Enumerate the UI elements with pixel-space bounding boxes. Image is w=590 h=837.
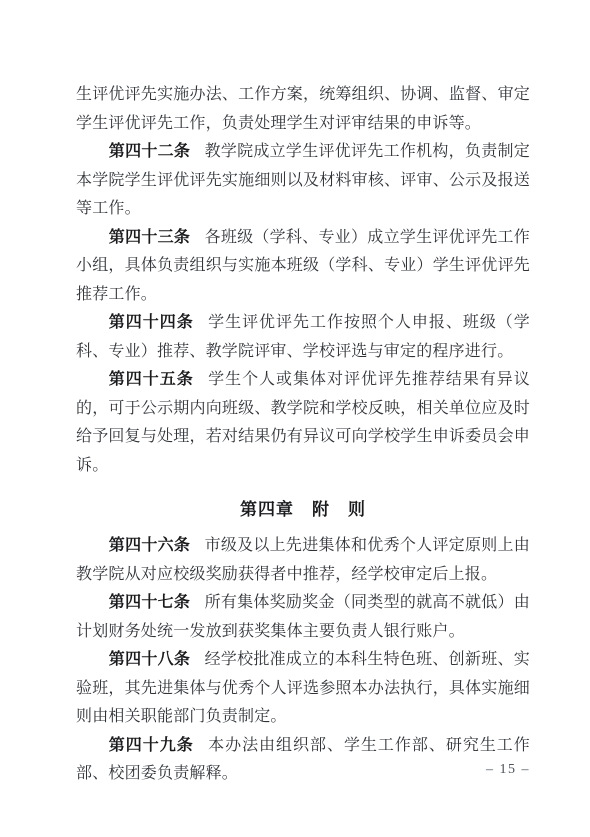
paragraph-article-45: 第四十五条学生个人或集体对评优评先推荐结果有异议的，可于公示期内向班级、教学院和… xyxy=(76,366,530,480)
document-body: 生评优评先实施办法、工作方案，统筹组织、协调、监督、审定学生评优评先工作，负责处… xyxy=(76,81,530,789)
article-number: 第四十六条 xyxy=(109,537,190,554)
article-number: 第四十五条 xyxy=(109,371,194,388)
article-number: 第四十三条 xyxy=(109,229,190,246)
paragraph-article-46: 第四十六条市级及以上先进集体和优秀个人评定原则上由教学院从对应校级奖励获得者中推… xyxy=(76,532,530,589)
paragraph-article-49: 第四十九条本办法由组织部、学生工作部、研究生工作部、校团委负责解释。 xyxy=(76,732,530,789)
page-number: – 15 – xyxy=(486,761,530,779)
article-number: 第四十九条 xyxy=(109,737,194,754)
paragraph-article-44: 第四十四条学生评优评先工作按照个人申报、班级（学科、专业）推荐、教学院评审、学校… xyxy=(76,309,530,366)
paragraph-text: 生评优评先实施办法、工作方案，统筹组织、协调、监督、审定学生评优评先工作，负责处… xyxy=(76,86,530,132)
paragraph-article-43: 第四十三条各班级（学科、专业）成立学生评优评先工作小组，具体负责组织与实施本班级… xyxy=(76,224,530,310)
article-number: 第四十二条 xyxy=(109,143,190,160)
paragraph-article-47: 第四十七条所有集体奖励奖金（同类型的就高不就低）由计划财务处统一发放到获奖集体主… xyxy=(76,589,530,646)
paragraph-article-48: 第四十八条经学校批准成立的本科生特色班、创新班、实验班，其先进集体与优秀个人评选… xyxy=(76,646,530,732)
paragraph-article-42: 第四十二条教学院成立学生评优评先工作机构，负责制定本学院学生评优评先实施细则以及… xyxy=(76,138,530,224)
article-number: 第四十八条 xyxy=(109,651,190,668)
chapter-4-heading: 第四章 附 则 xyxy=(76,496,530,524)
article-number: 第四十四条 xyxy=(109,314,194,331)
article-number: 第四十七条 xyxy=(109,594,190,611)
paragraph-continuation: 生评优评先实施办法、工作方案，统筹组织、协调、监督、审定学生评优评先工作，负责处… xyxy=(76,81,530,138)
document-page: 生评优评先实施办法、工作方案，统筹组织、协调、监督、审定学生评优评先工作，负责处… xyxy=(0,0,590,837)
